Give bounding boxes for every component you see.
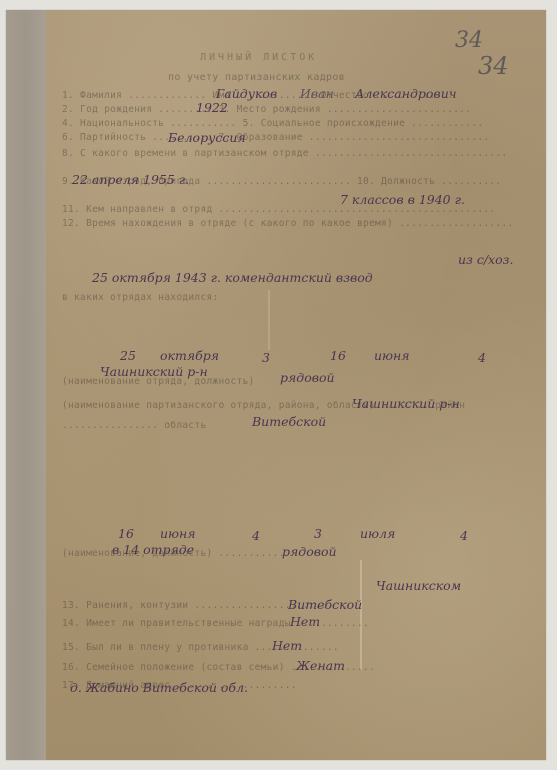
typed-line-15: 14. Имеет ли правительственные награды .…	[62, 618, 369, 629]
period2-from-month: июня	[160, 526, 196, 541]
unit1-entry: Чашникский р-н	[100, 364, 208, 379]
region2-entry: Витебской	[288, 597, 362, 612]
side-note-entry: из с/хоз.	[458, 252, 513, 267]
period2-from-day: 16	[118, 526, 134, 541]
period1-from-month: октября	[160, 348, 219, 363]
typed-line-3: 4. Национальность ........... 5. Социаль…	[62, 118, 483, 129]
period2-to-year: 4	[460, 528, 468, 543]
typed-line-8: 12. Время нахождения в отряде (с какого …	[62, 218, 513, 229]
typed-line-4: 6. Партийность .......... 7. Образование…	[62, 132, 489, 143]
typed-line-5: 8. С какого времени в партизанском отряд…	[62, 148, 507, 159]
region-entry: Витебской	[252, 414, 326, 429]
education-entry: 7 классов в 1940 г.	[340, 192, 465, 207]
period1-to-year: 4	[478, 350, 486, 365]
role1-entry: рядовой	[280, 370, 335, 385]
date-joined-entry: 22 апреля 1955 г.	[72, 172, 189, 187]
address-entry: д. Жабино Витебской обл.	[70, 680, 248, 695]
period1-from-year: 3	[262, 350, 270, 365]
typed-line-9: в каких отрядах находился:	[62, 292, 219, 303]
form-subtitle: по учету партизанских кадров	[168, 72, 345, 83]
period1-to-day: 16	[330, 348, 346, 363]
family-entry: Женат	[296, 658, 345, 673]
paper-crease	[268, 290, 270, 350]
patronymic-entry: Александрович	[355, 86, 457, 101]
role2-entry: рядовой	[282, 544, 337, 559]
archive-number-top: 34	[455, 28, 483, 53]
name-entry: Иван	[300, 86, 334, 101]
captivity-entry: Нет	[272, 638, 302, 653]
paper-crease	[360, 560, 362, 670]
district-entry: Чашникский р-н	[352, 396, 460, 411]
tape-strip	[6, 10, 46, 760]
birth-year-entry: 1922	[196, 100, 228, 115]
wounds-entry: Нет	[290, 614, 320, 629]
archive-number-below: 34	[478, 52, 509, 80]
form-title: ЛИЧНЫЙ ЛИСТОК	[200, 52, 317, 63]
typed-line-2: 2. Год рождения ......... 3. Место рожде…	[62, 104, 471, 115]
unit2-entry: в 14 отряде	[112, 542, 194, 557]
period2-to-day: 3	[314, 526, 322, 541]
typed-line-12: ................ область	[62, 420, 206, 431]
enlisted-entry: 25 октября 1943 г. комендантский взвод	[92, 270, 373, 285]
birth-place-entry: Белоруссия	[168, 130, 246, 145]
period2-to-month: июля	[360, 526, 395, 541]
district2-entry: Чашникском	[376, 578, 461, 593]
scanned-document: 34 34 ЛИЧНЫЙ ЛИСТОК по учету партизански…	[0, 0, 557, 770]
period1-from-day: 25	[120, 348, 136, 363]
surname-entry: Гайдуков	[216, 86, 277, 101]
period2-from-year: 4	[252, 528, 260, 543]
period1-to-month: июня	[374, 348, 410, 363]
